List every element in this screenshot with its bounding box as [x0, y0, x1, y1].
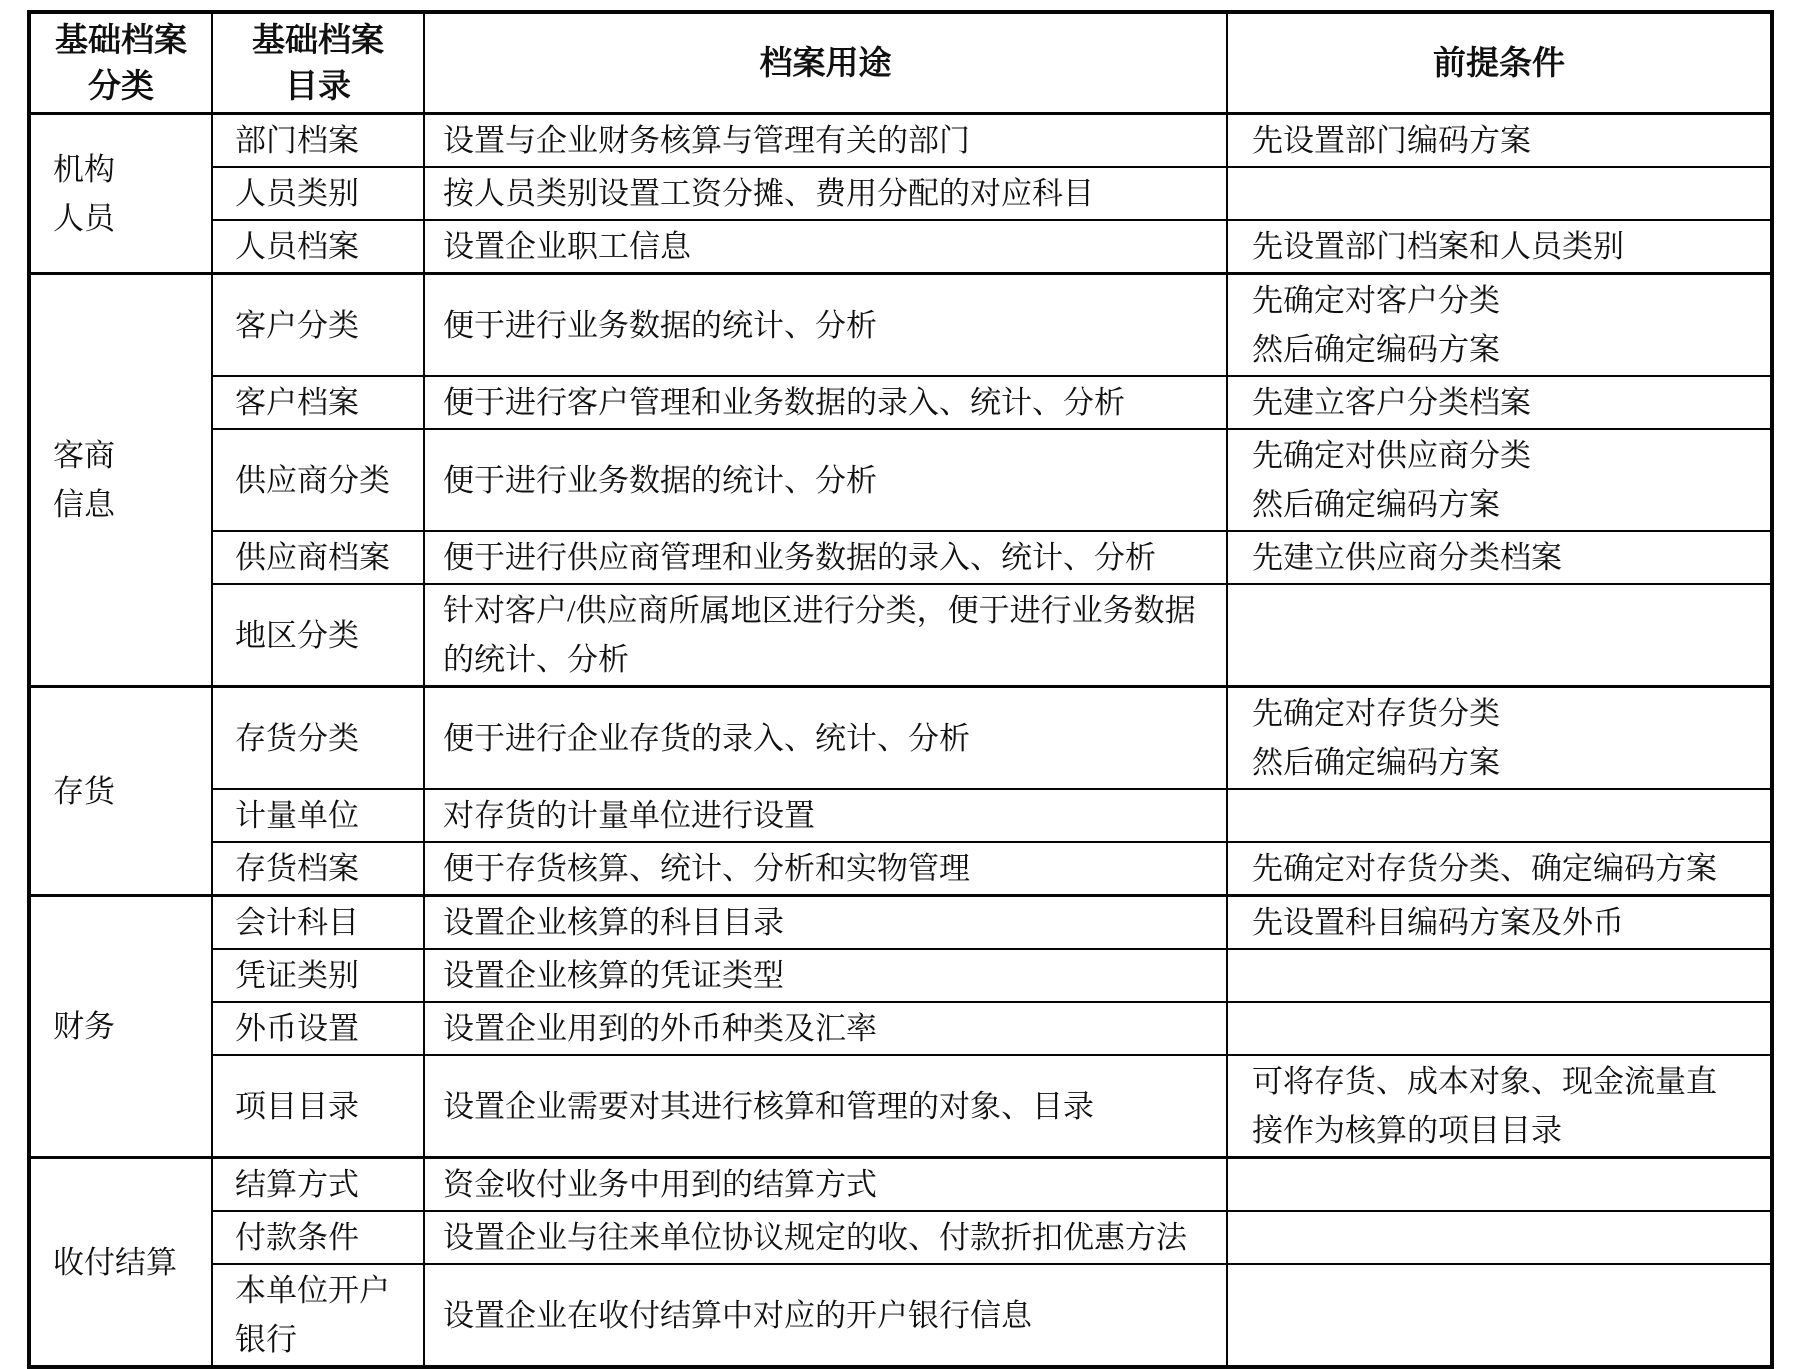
table-row: 机构 人员 部门档案 设置与企业财务核算与管理有关的部门 先设置部门编码方案	[29, 114, 1772, 168]
prerequisite-cell: 先确定对存货分类、确定编码方案	[1227, 842, 1772, 896]
prerequisite-cell: 先设置科目编码方案及外币	[1227, 896, 1772, 950]
prerequisite-cell: 可将存货、成本对象、现金流量直接作为核算的项目目录	[1227, 1055, 1772, 1158]
purpose-cell: 设置企业核算的科目目录	[424, 896, 1227, 950]
directory-cell: 外币设置	[212, 1002, 424, 1055]
table-row: 外币设置 设置企业用到的外币种类及汇率	[29, 1002, 1772, 1055]
header-category: 基础档案 分类	[29, 12, 212, 114]
header-row: 基础档案 分类 基础档案 目录 档案用途 前提条件	[29, 12, 1772, 114]
table-row: 人员档案 设置企业职工信息 先设置部门档案和人员类别	[29, 220, 1772, 274]
directory-cell: 凭证类别	[212, 949, 424, 1002]
table-row: 客商 信息 客户分类 便于进行业务数据的统计、分析 先确定对客户分类 然后确定编…	[29, 274, 1772, 377]
table-row: 收付结算 结算方式 资金收付业务中用到的结算方式	[29, 1158, 1772, 1212]
purpose-cell: 便于进行业务数据的统计、分析	[424, 429, 1227, 531]
directory-cell: 客户档案	[212, 376, 424, 429]
archive-table: 基础档案 分类 基础档案 目录 档案用途 前提条件 机构 人员 部门档案 设置与…	[27, 10, 1774, 1369]
directory-cell: 供应商档案	[212, 531, 424, 584]
prerequisite-cell	[1227, 789, 1772, 842]
directory-cell: 存货分类	[212, 687, 424, 790]
purpose-cell: 便于存货核算、统计、分析和实物管理	[424, 842, 1227, 896]
category-group-cell: 机构 人员	[29, 114, 212, 274]
purpose-cell: 设置企业需要对其进行核算和管理的对象、目录	[424, 1055, 1227, 1158]
header-directory: 基础档案 目录	[212, 12, 424, 114]
purpose-cell: 设置企业与往来单位协议规定的收、付款折扣优惠方法	[424, 1211, 1227, 1264]
prerequisite-cell: 先确定对客户分类 然后确定编码方案	[1227, 274, 1772, 377]
purpose-cell: 资金收付业务中用到的结算方式	[424, 1158, 1227, 1212]
table-row: 存货档案 便于存货核算、统计、分析和实物管理 先确定对存货分类、确定编码方案	[29, 842, 1772, 896]
prerequisite-cell	[1227, 1264, 1772, 1367]
prerequisite-cell	[1227, 584, 1772, 687]
purpose-cell: 设置与企业财务核算与管理有关的部门	[424, 114, 1227, 168]
purpose-cell: 便于进行客户管理和业务数据的录入、统计、分析	[424, 376, 1227, 429]
purpose-cell: 针对客户/供应商所属地区进行分类，便于进行业务数据的统计、分析	[424, 584, 1227, 687]
purpose-cell: 便于进行企业存货的录入、统计、分析	[424, 687, 1227, 790]
directory-cell: 地区分类	[212, 584, 424, 687]
prerequisite-cell: 先设置部门编码方案	[1227, 114, 1772, 168]
purpose-cell: 设置企业在收付结算中对应的开户银行信息	[424, 1264, 1227, 1367]
directory-cell: 付款条件	[212, 1211, 424, 1264]
directory-cell: 人员类别	[212, 167, 424, 220]
prerequisite-cell	[1227, 167, 1772, 220]
directory-cell: 客户分类	[212, 274, 424, 377]
table-row: 计量单位 对存货的计量单位进行设置	[29, 789, 1772, 842]
prerequisite-cell: 先确定对存货分类 然后确定编码方案	[1227, 687, 1772, 790]
directory-cell: 人员档案	[212, 220, 424, 274]
purpose-cell: 对存货的计量单位进行设置	[424, 789, 1227, 842]
prerequisite-cell	[1227, 1002, 1772, 1055]
table-row: 供应商档案 便于进行供应商管理和业务数据的录入、统计、分析 先建立供应商分类档案	[29, 531, 1772, 584]
header-prerequisite: 前提条件	[1227, 12, 1772, 114]
prerequisite-cell	[1227, 1158, 1772, 1212]
purpose-cell: 设置企业用到的外币种类及汇率	[424, 1002, 1227, 1055]
prerequisite-cell	[1227, 949, 1772, 1002]
prerequisite-cell: 先建立客户分类档案	[1227, 376, 1772, 429]
category-group-cell: 客商 信息	[29, 274, 212, 687]
prerequisite-cell	[1227, 1211, 1772, 1264]
directory-cell: 计量单位	[212, 789, 424, 842]
directory-cell: 供应商分类	[212, 429, 424, 531]
purpose-cell: 按人员类别设置工资分摊、费用分配的对应科目	[424, 167, 1227, 220]
prerequisite-cell: 先设置部门档案和人员类别	[1227, 220, 1772, 274]
directory-cell: 项目目录	[212, 1055, 424, 1158]
table-row: 凭证类别 设置企业核算的凭证类型	[29, 949, 1772, 1002]
category-group-cell: 收付结算	[29, 1158, 212, 1368]
table-row: 存货 存货分类 便于进行企业存货的录入、统计、分析 先确定对存货分类 然后确定编…	[29, 687, 1772, 790]
table-row: 财务 会计科目 设置企业核算的科目目录 先设置科目编码方案及外币	[29, 896, 1772, 950]
purpose-cell: 便于进行供应商管理和业务数据的录入、统计、分析	[424, 531, 1227, 584]
purpose-cell: 设置企业核算的凭证类型	[424, 949, 1227, 1002]
table-row: 供应商分类 便于进行业务数据的统计、分析 先确定对供应商分类 然后确定编码方案	[29, 429, 1772, 531]
table-row: 人员类别 按人员类别设置工资分摊、费用分配的对应科目	[29, 167, 1772, 220]
header-purpose: 档案用途	[424, 12, 1227, 114]
prerequisite-cell: 先确定对供应商分类 然后确定编码方案	[1227, 429, 1772, 531]
category-group-cell: 存货	[29, 687, 212, 896]
purpose-cell: 便于进行业务数据的统计、分析	[424, 274, 1227, 377]
table-row: 项目目录 设置企业需要对其进行核算和管理的对象、目录 可将存货、成本对象、现金流…	[29, 1055, 1772, 1158]
table-row: 付款条件 设置企业与往来单位协议规定的收、付款折扣优惠方法	[29, 1211, 1772, 1264]
prerequisite-cell: 先建立供应商分类档案	[1227, 531, 1772, 584]
directory-cell: 本单位开户 银行	[212, 1264, 424, 1367]
directory-cell: 存货档案	[212, 842, 424, 896]
table-row: 地区分类 针对客户/供应商所属地区进行分类，便于进行业务数据的统计、分析	[29, 584, 1772, 687]
purpose-cell: 设置企业职工信息	[424, 220, 1227, 274]
table-row: 客户档案 便于进行客户管理和业务数据的录入、统计、分析 先建立客户分类档案	[29, 376, 1772, 429]
directory-cell: 结算方式	[212, 1158, 424, 1212]
directory-cell: 会计科目	[212, 896, 424, 950]
category-group-cell: 财务	[29, 896, 212, 1158]
table-row: 本单位开户 银行 设置企业在收付结算中对应的开户银行信息	[29, 1264, 1772, 1367]
directory-cell: 部门档案	[212, 114, 424, 168]
